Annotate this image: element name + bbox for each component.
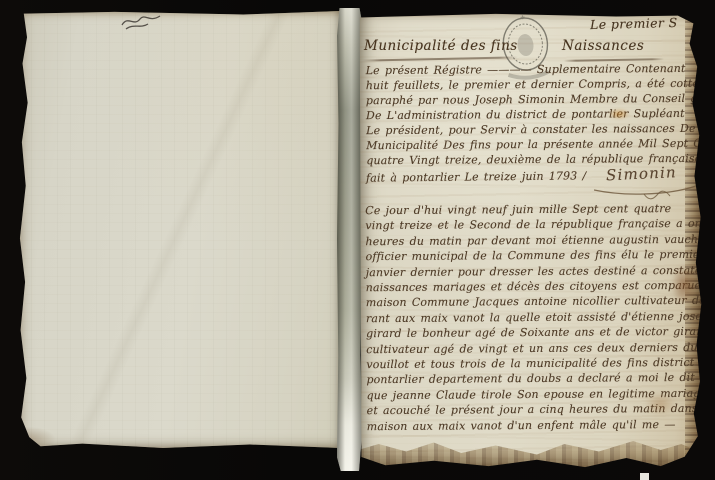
ink-smudge-mark (118, 11, 166, 35)
left-blank-page (18, 11, 340, 448)
header-municipalite: Municipalité des fins (364, 38, 518, 54)
right-manuscript-page: Le premier S Municipalité des fins Naiss… (358, 12, 702, 468)
underline-flourish-left (362, 56, 518, 61)
birth-act-paragraph: Ce jour d'hui vingt neuf juin mille Sept… (365, 201, 701, 434)
stacked-page-edges-bottom (358, 438, 702, 468)
date-line: fait à pontarlier Le treize juin 1793 / (366, 169, 586, 184)
folio-annotation: Le premier S (590, 15, 678, 32)
book-spine (337, 8, 362, 471)
manuscript-text-line: maison aux maix vanot d'un enfent mâle q… (367, 417, 701, 435)
manuscript-text-line: officier municipal de la Commune des fin… (366, 247, 700, 265)
manuscript-text-line: girard le bonheur agé de Soixante ans et… (366, 324, 700, 342)
book-scan: Le premier S Municipalité des fins Naiss… (0, 0, 715, 480)
opening-attestation-paragraph: Le présent Régistre ———— Suplementaire C… (366, 61, 701, 168)
header-naissances: Naissances (562, 38, 644, 54)
scan-calibration-chip (640, 473, 649, 480)
